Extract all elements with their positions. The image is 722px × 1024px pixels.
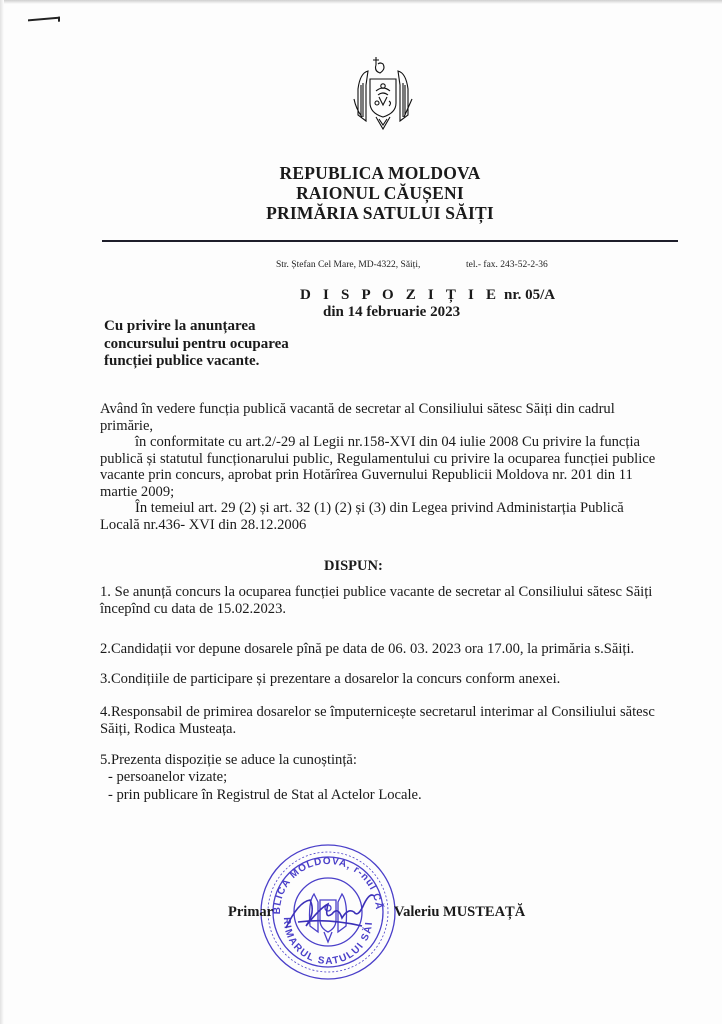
item-text: Se anunță concurs la ocuparea funcției p… [100,584,652,617]
decision-item-2: 2.Candidații vor depune dosarele pînă pe… [100,641,680,658]
scan-edge-left [0,0,4,1024]
header-district: RAIONUL CĂUȘENI [38,183,722,203]
institution-header: REPUBLICA MOLDOVA RAIONUL CĂUȘENI PRIMĂR… [0,163,722,223]
bullet-item-1: - persoanelor vizate; [108,769,227,786]
header-divider [102,240,678,242]
corner-mark [28,17,60,25]
decision-item-3: 3.Condițiile de participare și prezentar… [100,671,680,688]
preamble-paragraph-1: Având în vedere funcția publică vacantă … [100,401,660,434]
signatory-name: Valeriu MUSTEAȚĂ [394,904,525,921]
address-street: Str. Ștefan Cel Mare, MD-4322, Săiți, [276,260,420,270]
signature-role: Primar [228,904,273,921]
preamble-paragraph-2: în conformitate cu art.2/-29 al Legii nr… [100,434,660,500]
moldova-coat-of-arms-icon [352,55,414,131]
title-label: D I S P O Z I Ț I E [300,287,500,303]
item-number: 2. [100,641,111,657]
item-text: Responsabil de primirea dosarelor se împ… [100,704,655,737]
decision-item-4: 4.Responsabil de primirea dosarelor se î… [100,704,670,737]
item-number: 4. [100,704,111,720]
header-country: REPUBLICA MOLDOVA [38,163,722,183]
dispun-heading: DISPUN: [324,558,383,575]
header-mayoralty: PRIMĂRIA SATULUI SĂIȚI [38,203,722,223]
item-text: Candidații vor depune dosarele pînă pe d… [111,641,634,657]
decision-item-5: 5.Prezenta dispoziție se aduce la cunoșt… [100,752,680,769]
official-stamp-icon: REPUBLICA MOLDOVA, r-nul CĂUȘENI PRIMARU… [258,842,398,982]
address-phone: tel.- fax. 243-52-2-36 [466,260,548,270]
item-number: 3. [100,671,111,687]
bullet-item-2: - prin publicare în Registrul de Stat al… [108,787,422,804]
item-number: 1. [100,584,111,600]
preamble-paragraph-3: În temeiul art. 29 (2) și art. 32 (1) (2… [100,500,660,533]
document-subject: Cu privire la anunțarea concursului pent… [104,318,304,371]
item-text: Condițiile de participare și prezentare … [111,671,560,687]
decision-item-1: 1. Se anunță concurs la ocuparea funcție… [100,584,680,617]
item-text: Prezenta dispoziție se aduce la cunoștin… [111,752,357,768]
document-date: din 14 februarie 2023 [323,304,460,321]
title-number: nr. 05/A [500,287,555,303]
item-number: 5. [100,752,111,768]
document-title: D I S P O Z I Ț I E nr. 05/A [300,287,555,304]
scan-edge [0,0,722,4]
